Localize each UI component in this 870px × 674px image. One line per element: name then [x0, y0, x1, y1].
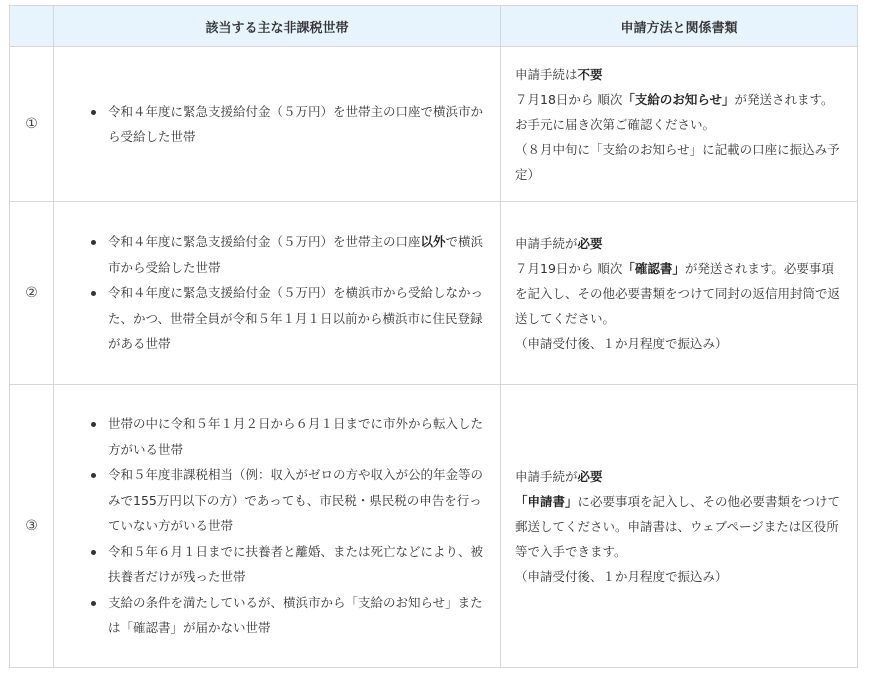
procedure-requirement: 申請手続は不要: [515, 62, 845, 87]
procedure-status: 必要: [578, 236, 603, 251]
household-list: 令和４年度に緊急支援給付金（５万円）を世帯主の口座で横浜市から受給した世帯: [74, 99, 486, 150]
household-emphasis: 以外: [421, 234, 446, 249]
procedure-status: 不要: [578, 67, 603, 82]
benefit-eligibility-table: 該当する主な非課税世帯 申請方法と関係書類 ① 令和４年度に緊急支援給付金（５万…: [9, 5, 858, 668]
household-item: 令和４年度に緊急支援給付金（５万円）を横浜市から受給しなかった、かつ、世帯全員が…: [108, 280, 486, 357]
payment-note: （８月中旬に「支給のお知らせ」に記載の口座に振込み予定）: [515, 137, 845, 187]
household-item: 支給の条件を満たしているが、横浜市から「支給のお知らせ」または「確認書」が届かな…: [108, 590, 486, 641]
header-households: 該当する主な非課税世帯: [54, 6, 501, 47]
notice-date: ７月19日から 順次: [515, 261, 622, 276]
household-item: 令和４年度に緊急支援給付金（５万円）を世帯主の口座で横浜市から受給した世帯: [108, 99, 486, 150]
notice-document: 「支給のお知らせ」: [622, 92, 734, 107]
procedure-label: 申請手続が: [515, 236, 578, 251]
payment-note: （申請受付後、１か月程度で振込み）: [515, 564, 845, 589]
notice-description: ７月18日から 順次「支給のお知らせ」が発送されます。お手元に届き次第ご確認くだ…: [515, 87, 845, 137]
household-item: 世帯の中に令和５年１月２日から６月１日までに市外から転入した方がいる世帯: [108, 411, 486, 462]
method-cell: 申請手続が必要 ７月19日から 順次「確認書」が発送されます。必要事項を記入し、…: [501, 202, 858, 385]
household-list: 世帯の中に令和５年１月２日から６月１日までに市外から転入した方がいる世帯 令和５…: [74, 411, 486, 641]
method-cell: 申請手続は不要 ７月18日から 順次「支給のお知らせ」が発送されます。お手元に届…: [501, 47, 858, 202]
household-item: 令和５年度非課税相当（例：収入がゼロの方や収入が公的年金等のみで155万円以下の…: [108, 462, 486, 539]
row-number: ①: [10, 47, 54, 202]
notice-description: ７月19日から 順次「確認書」が発送されます。必要事項を記入し、その他必要書類を…: [515, 256, 845, 331]
procedure-requirement: 申請手続が必要: [515, 464, 845, 489]
table-header-row: 該当する主な非課税世帯 申請方法と関係書類: [10, 6, 858, 47]
households-cell: 令和４年度に緊急支援給付金（５万円）を世帯主の口座で横浜市から受給した世帯: [54, 47, 501, 202]
households-cell: 世帯の中に令和５年１月２日から６月１日までに市外から転入した方がいる世帯 令和５…: [54, 385, 501, 668]
row-number: ②: [10, 202, 54, 385]
application-description: 「申請書」に必要事項を記入し、その他必要書類をつけて郵送してください。申請書は、…: [515, 489, 845, 564]
household-item: 令和４年度に緊急支援給付金（５万円）を世帯主の口座以外で横浜市から受給した世帯: [108, 229, 486, 280]
household-text: 令和４年度に緊急支援給付金（５万円）を世帯主の口座: [108, 234, 421, 249]
procedure-label: 申請手続が: [515, 469, 578, 484]
notice-document: 「確認書」: [622, 261, 685, 276]
table-row: ③ 世帯の中に令和５年１月２日から６月１日までに市外から転入した方がいる世帯 令…: [10, 385, 858, 668]
table-row: ② 令和４年度に緊急支援給付金（５万円）を世帯主の口座以外で横浜市から受給した世…: [10, 202, 858, 385]
header-method: 申請方法と関係書類: [501, 6, 858, 47]
procedure-status: 必要: [578, 469, 603, 484]
procedure-label: 申請手続は: [515, 67, 578, 82]
households-cell: 令和４年度に緊急支援給付金（５万円）を世帯主の口座以外で横浜市から受給した世帯 …: [54, 202, 501, 385]
household-item: 令和５年６月１日までに扶養者と離婚、または死亡などにより、被扶養者だけが残った世…: [108, 539, 486, 590]
application-document: 「申請書」: [515, 494, 578, 509]
notice-date: ７月18日から 順次: [515, 92, 622, 107]
payment-note: （申請受付後、１か月程度で振込み）: [515, 331, 845, 356]
table-row: ① 令和４年度に緊急支援給付金（５万円）を世帯主の口座で横浜市から受給した世帯 …: [10, 47, 858, 202]
procedure-requirement: 申請手続が必要: [515, 231, 845, 256]
row-number: ③: [10, 385, 54, 668]
method-cell: 申請手続が必要 「申請書」に必要事項を記入し、その他必要書類をつけて郵送してくだ…: [501, 385, 858, 668]
header-number: [10, 6, 54, 47]
household-list: 令和４年度に緊急支援給付金（５万円）を世帯主の口座以外で横浜市から受給した世帯 …: [74, 229, 486, 357]
